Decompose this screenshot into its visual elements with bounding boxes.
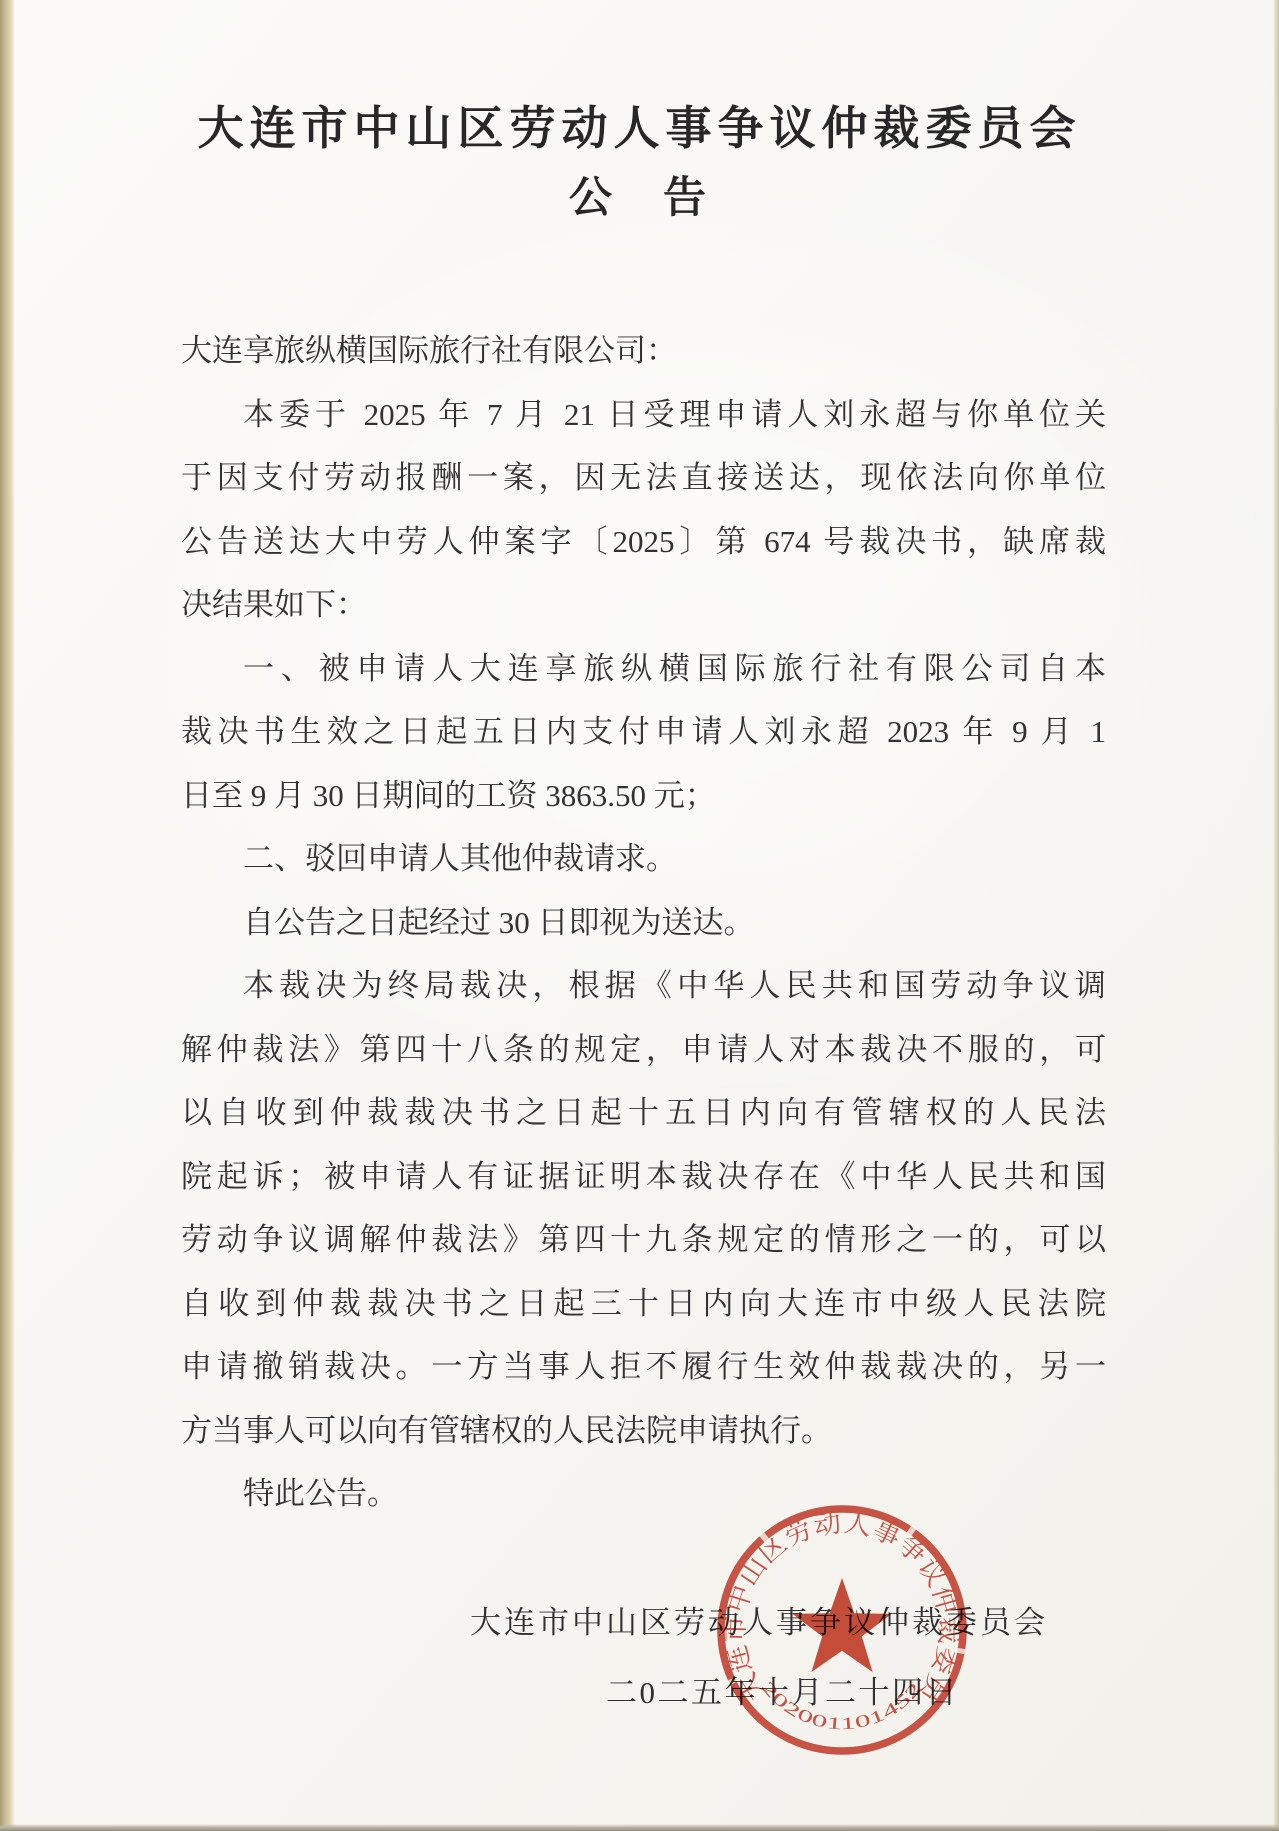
svg-text:202001101452: 202001101452 (758, 1677, 926, 1733)
body-line: 于因支付劳动报酬一案，因无法直接送达，现依法向你单位 (181, 446, 1106, 510)
seal-star-icon (793, 1578, 892, 1672)
body-line: 解仲裁法》第四十八条的规定，申请人对本裁决不服的，可 (181, 1018, 1106, 1082)
paper-edge-left (0, 0, 15, 1831)
body-line: 裁决书生效之日起五日内支付申请人刘永超 2023 年 9 月 1 (181, 700, 1106, 764)
body-line: 劳动争议调解仲裁法》第四十九条规定的情形之一的，可以 (181, 1208, 1106, 1272)
body-line: 二、驳回申请人其他仲裁请求。 (181, 827, 1106, 891)
body-line: 公告送达大中劳人仲案字〔2025〕第 674 号裁决书，缺席裁 (181, 510, 1106, 574)
announcement-heading: 公 告 (177, 164, 1102, 225)
body-line: 一、被申请人大连享旅纵横国际旅行社有限公司自本 (181, 637, 1106, 701)
body-line: 本委于 2025 年 7 月 21 日受理申请人刘永超与你单位关 (181, 383, 1106, 447)
paper-edge-right (1273, 0, 1279, 1831)
body-line: 方当事人可以向有管辖权的人民法院申请执行。 (181, 1399, 1106, 1463)
body-line: 以自收到仲裁裁决书之日起十五日内向有管辖权的人民法 (181, 1081, 1106, 1145)
official-seal: 大连市中山区劳动人事争议仲裁委员会 202001101452 (711, 1499, 973, 1761)
paper-edge-bottom (0, 1824, 1279, 1831)
body-line: 院起诉；被申请人有证据证明本裁决存在《中华人民共和国 (181, 1145, 1106, 1209)
body-line: 自公告之日起经过 30 日即视为送达。 (181, 891, 1106, 955)
document-page: 大连市中山区劳动人事争议仲裁委员会 公 告 大连享旅纵横国际旅行社有限公司：本委… (0, 0, 1279, 1831)
body-line: 申请撤销裁决。一方当事人拒不履行生效仲裁裁决的，另一 (181, 1335, 1106, 1399)
body-line: 决结果如下： (181, 573, 1106, 637)
seal-code: 202001101452 (758, 1677, 926, 1733)
body-line: 自收到仲裁裁决书之日起三十日内向大连市中级人民法院 (181, 1272, 1106, 1336)
document-title: 大连市中山区劳动人事争议仲裁委员会 (177, 92, 1102, 158)
body-line: 日至 9 月 30 日期间的工资 3863.50 元； (181, 764, 1106, 828)
document-body: 大连享旅纵横国际旅行社有限公司：本委于 2025 年 7 月 21 日受理申请人… (181, 319, 1106, 1526)
body-line: 本裁决为终局裁决，根据《中华人民共和国劳动争议调 (181, 954, 1106, 1018)
body-line: 大连享旅纵横国际旅行社有限公司： (181, 319, 1106, 383)
